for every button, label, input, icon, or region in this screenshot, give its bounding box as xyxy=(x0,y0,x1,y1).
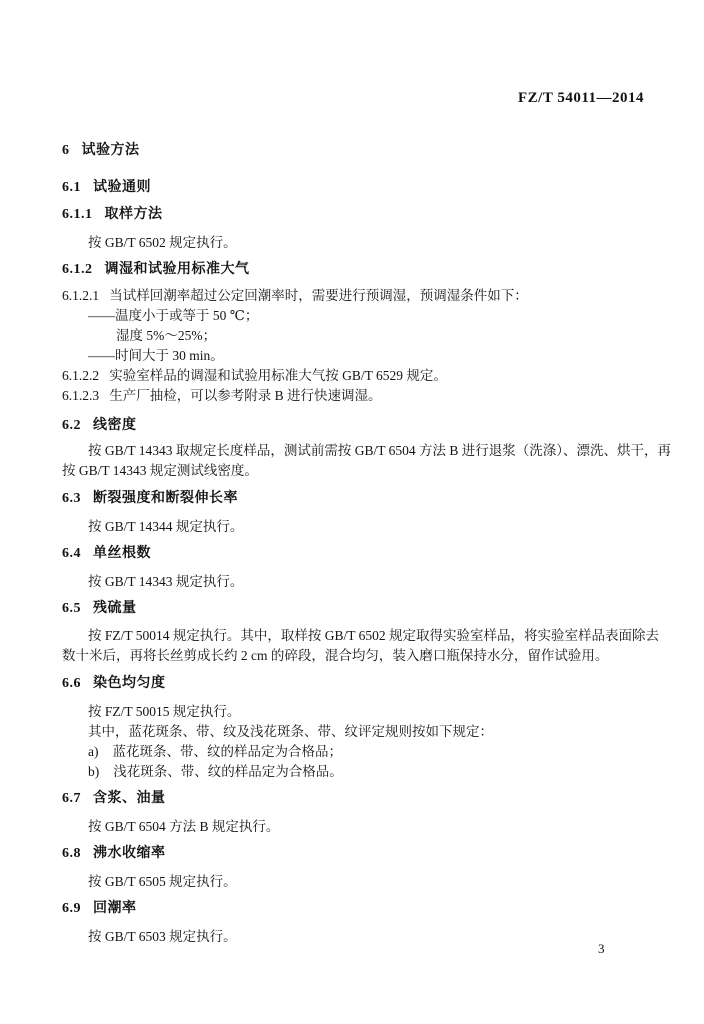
body-6-3: 按 GB/T 14344 规定执行。 xyxy=(62,517,672,537)
heading-6-5: 6.5 残硫量 xyxy=(62,599,672,619)
heading-6-1-2: 6.1.2 调湿和试验用标准大气 xyxy=(62,260,672,280)
body-6-2-line1: 按 GB/T 14343 取规定长度样品，测试前需按 GB/T 6504 方法 … xyxy=(62,441,672,461)
heading-6-1-1: 6.1.1 取样方法 xyxy=(62,205,672,225)
standard-number-header: FZ/T 54011—2014 xyxy=(518,90,644,107)
page-number: 3 xyxy=(598,941,605,957)
heading-6-7: 6.7 含浆、油量 xyxy=(62,789,672,809)
clause-6-1-2-2: 6.1.2.2 实验室样品的调湿和试验用标准大气按 GB/T 6529 规定。 xyxy=(62,366,672,386)
heading-6-8: 6.8 沸水收缩率 xyxy=(62,844,672,864)
body-6-9: 按 GB/T 6503 规定执行。 xyxy=(62,927,672,947)
document-page: FZ/T 54011—2014 6 试验方法 6.1 试验通则 6.1.1 取样… xyxy=(0,0,704,1024)
note-6-6: 其中，蓝花斑条、带、纹及浅花斑条、带、纹评定规则按如下规定： xyxy=(62,722,672,742)
dash-item-humidity: 湿度 5%～25%； xyxy=(62,326,672,346)
list-item-a-label: a) xyxy=(88,742,99,762)
clause-6-1-2-3: 6.1.2.3 生产厂抽检，可以参考附录 B 进行快速调湿。 xyxy=(62,386,672,406)
body-6-7: 按 GB/T 6504 方法 B 规定执行。 xyxy=(62,817,672,837)
body-6-5-line2: 数十米后，再将长丝剪成长约 2 cm 的碎段，混合均匀，装入磨口瓶保持水分，留作… xyxy=(62,646,672,666)
heading-6-3: 6.3 断裂强度和断裂伸长率 xyxy=(62,489,672,509)
body-6-8: 按 GB/T 6505 规定执行。 xyxy=(62,872,672,892)
list-item-a-text: 蓝花斑条、带、纹的样品定为合格品； xyxy=(113,744,343,759)
body-6-5-line1: 按 FZ/T 50014 规定执行。其中，取样按 GB/T 6502 规定取得实… xyxy=(62,626,672,646)
list-item-b-text: 浅花斑条、带、纹的样品定为合格品。 xyxy=(113,764,343,779)
body-6-1-1: 按 GB/T 6502 规定执行。 xyxy=(62,233,672,253)
list-item-b: b)浅花斑条、带、纹的样品定为合格品。 xyxy=(62,762,672,782)
heading-6-9: 6.9 回潮率 xyxy=(62,899,672,919)
clause-6-1-2-1: 6.1.2.1 当试样回潮率超过公定回潮率时，需要进行预调湿，预调湿条件如下： xyxy=(62,286,672,306)
list-item-b-label: b) xyxy=(88,762,99,782)
heading-6: 6 试验方法 xyxy=(62,141,672,161)
dash-item-time: ——时间大于 30 min。 xyxy=(62,346,672,366)
heading-6-2: 6.2 线密度 xyxy=(62,416,672,436)
body-6-2-line2: 按 GB/T 14343 规定测试线密度。 xyxy=(62,461,672,481)
dash-item-temperature: ——温度小于或等于 50 ℃； xyxy=(62,306,672,326)
body-6-4: 按 GB/T 14343 规定执行。 xyxy=(62,572,672,592)
body-6-6: 按 FZ/T 50015 规定执行。 xyxy=(62,702,672,722)
document-body: 6 试验方法 6.1 试验通则 6.1.1 取样方法 按 GB/T 6502 规… xyxy=(62,141,672,947)
heading-6-4: 6.4 单丝根数 xyxy=(62,544,672,564)
heading-6-1: 6.1 试验通则 xyxy=(62,178,672,198)
heading-6-6: 6.6 染色均匀度 xyxy=(62,674,672,694)
list-item-a: a)蓝花斑条、带、纹的样品定为合格品； xyxy=(62,742,672,762)
